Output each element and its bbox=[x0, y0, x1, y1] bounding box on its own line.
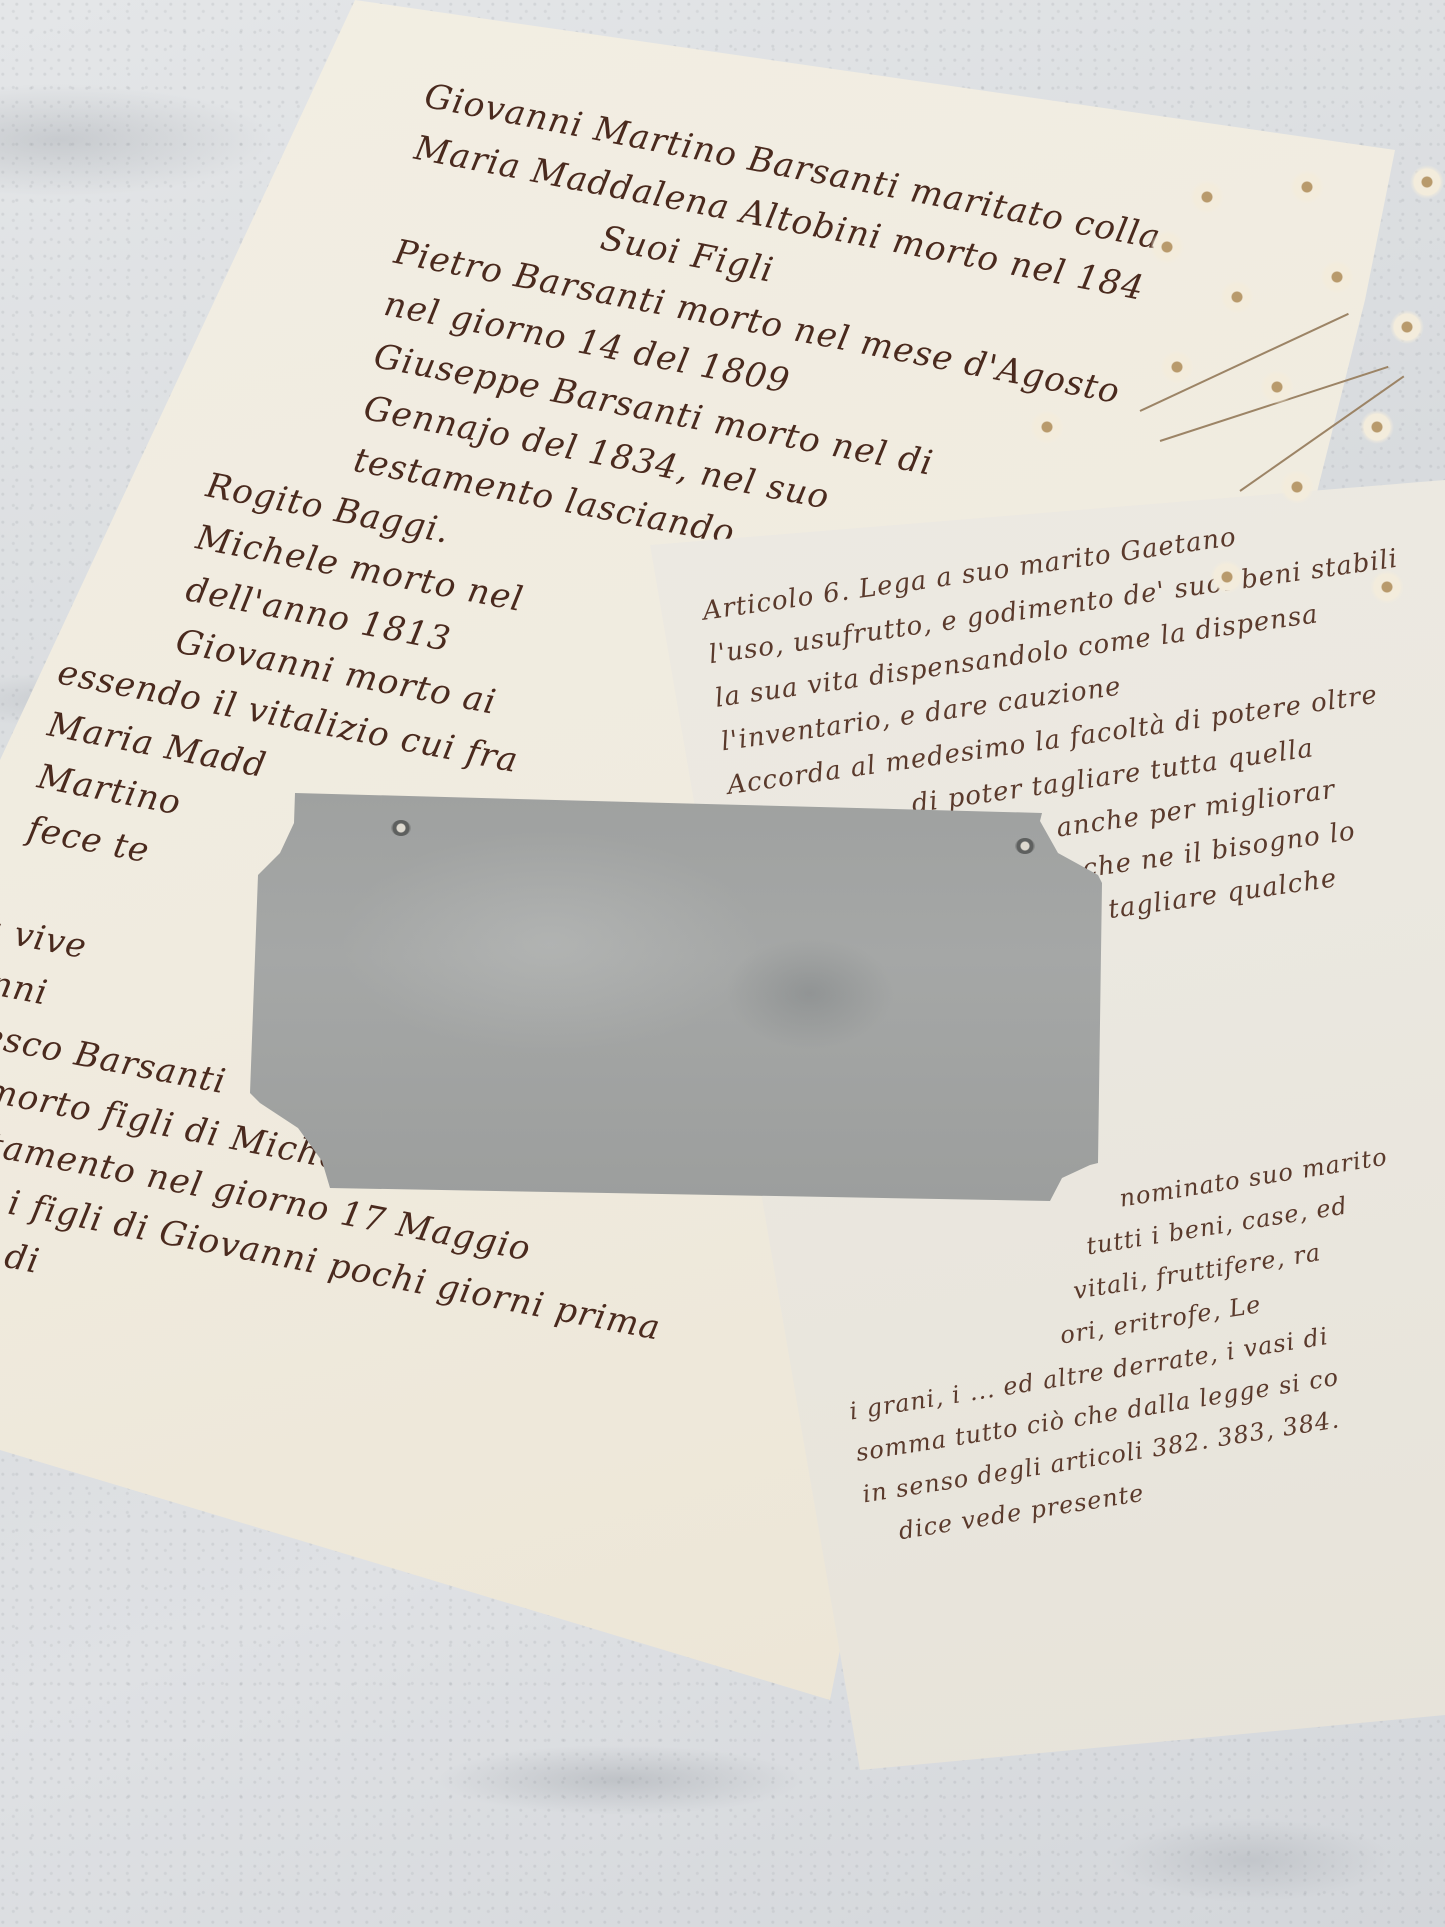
daisy-icon bbox=[1390, 310, 1424, 344]
daisy-icon bbox=[1220, 280, 1254, 314]
daisy-icon bbox=[1410, 165, 1444, 199]
daisy-icon bbox=[1360, 410, 1394, 444]
daisy-icon bbox=[1150, 230, 1184, 264]
daisy-icon bbox=[1290, 170, 1324, 204]
mounting-hole-right bbox=[1015, 838, 1035, 854]
daisy-icon bbox=[1320, 260, 1354, 294]
dried-flowers bbox=[1180, 170, 1445, 670]
daisy-icon bbox=[1260, 370, 1294, 404]
mounting-hole-left bbox=[391, 820, 411, 836]
daisy-icon bbox=[1190, 180, 1224, 214]
daisy-icon bbox=[1210, 560, 1244, 594]
metal-nameplate bbox=[250, 793, 1150, 1203]
daisy-icon bbox=[1370, 570, 1404, 604]
daisy-icon bbox=[1030, 410, 1064, 444]
daisy-icon bbox=[1160, 350, 1194, 384]
daisy-icon bbox=[1280, 470, 1314, 504]
